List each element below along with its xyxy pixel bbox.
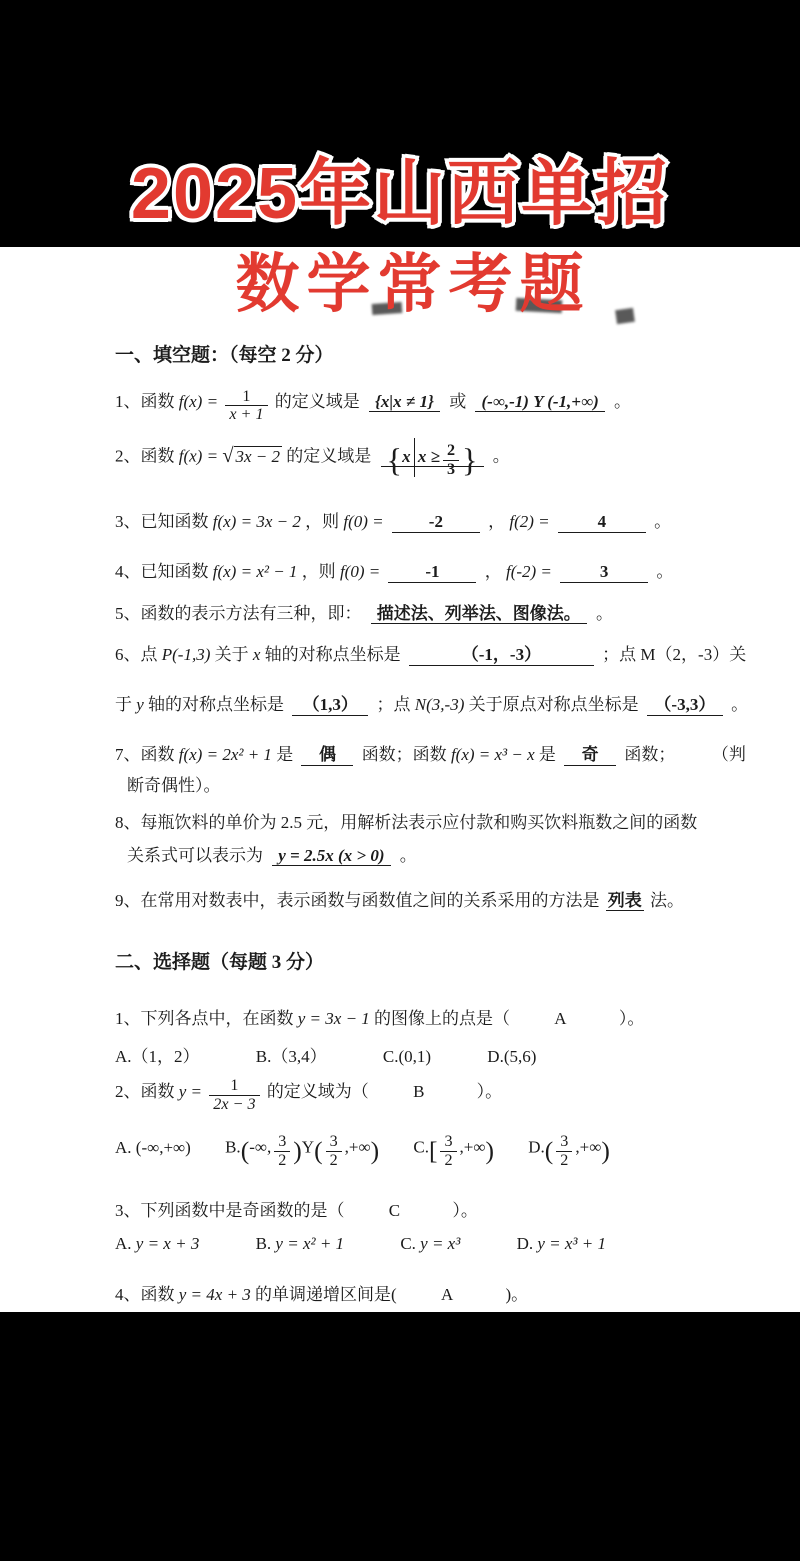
option-a: A. y = x + 3: [115, 1234, 199, 1254]
paren-close: ): [486, 1136, 495, 1165]
fraction-numerator: 3: [274, 1133, 290, 1152]
q-text: 1、下列各点中，在函数: [115, 1009, 294, 1028]
q-text: 。: [654, 512, 671, 531]
exam-paper: 数学常考题 一、填空题：（每空 2 分） 1、函数 f(x) = 1x + 1 …: [0, 247, 800, 1312]
math-expr: N(3,-3): [415, 695, 465, 714]
paren-close: ): [601, 1136, 610, 1165]
fraction-numerator: 1: [209, 1077, 259, 1096]
option-text: (-∞,+∞): [136, 1138, 191, 1157]
q-text: ，则: [305, 512, 339, 531]
answer-underlined: 描述法、列举法、图像法。: [371, 604, 587, 624]
fraction-denominator: 2: [440, 1152, 456, 1170]
paren-open: (: [545, 1136, 554, 1165]
choice-q3-stem: 3、下列函数中是奇函数的是（ C ）。: [115, 1196, 800, 1221]
brace-open: {: [387, 442, 403, 478]
option-label: A.: [115, 1234, 132, 1253]
answer-underlined: 列表: [606, 891, 644, 911]
option-text: y = x + 3: [136, 1234, 200, 1253]
math-expr: f(-2) =: [506, 562, 552, 581]
fraction-denominator: 2: [274, 1152, 290, 1170]
fill-q4: 4、已知函数 f(x) = x² − 1 ，则 f(0) = -1 ， f(-2…: [115, 557, 800, 583]
math-expr: y = 4x + 3: [179, 1285, 251, 1304]
q-text: 。: [731, 695, 748, 714]
option-d: D.(5,6): [487, 1047, 536, 1067]
q-text: 函数；函数: [362, 745, 447, 764]
q-text: 关系式可以表示为: [127, 846, 263, 865]
choice-q1-options: A.（1，2） B.（3,4） C.(0,1) D.(5,6): [115, 1042, 800, 1067]
fraction: 32: [274, 1133, 290, 1170]
answer-blank: （-3,3）: [647, 690, 723, 716]
q-text: 。: [614, 392, 631, 411]
q-text: ，: [488, 512, 505, 531]
answer-underlined: (-∞,-1) Y (-1,+∞): [475, 392, 604, 412]
q-text: 4、函数: [115, 1285, 175, 1304]
option-label: C.: [413, 1138, 429, 1157]
fraction-denominator: x + 1: [225, 406, 267, 424]
fraction-denominator: 2: [556, 1152, 572, 1170]
answer-blank: -1: [388, 562, 476, 583]
fill-q6-line2: 于 y 轴的对称点坐标是 （1,3） ；点 N(3,-3) 关于原点对称点坐标是…: [115, 690, 800, 716]
option-d: D. y = x³ + 1: [517, 1234, 606, 1254]
math-expr: f(x) =: [179, 447, 218, 466]
q-text: 3、下列函数中是奇函数的是（: [115, 1201, 345, 1220]
answer-blank: （1,3）: [292, 690, 368, 716]
math-expr: f(x) =: [179, 392, 218, 411]
fill-q6-line1: 6、点 P(-1,3) 关于 x 轴的对称点坐标是 （-1，-3） ；点 M（2…: [115, 640, 800, 666]
option-text: y = x² + 1: [275, 1234, 344, 1253]
option-b: B.(-∞,32)Y(32,+∞): [225, 1133, 379, 1170]
q-text: 于: [115, 695, 132, 714]
set-divider: [414, 438, 415, 477]
q-text: 2、函数: [115, 447, 175, 466]
fill-section-heading: 一、填空题：（每空 2 分）: [115, 340, 800, 367]
option-a: A.（1，2）: [115, 1042, 200, 1067]
q-text: ；点: [377, 695, 411, 714]
answer-blank: 3: [560, 562, 648, 583]
fraction-numerator: 3: [326, 1133, 342, 1152]
radicand: 3x − 2: [234, 446, 283, 466]
math-expr: y =: [179, 1082, 202, 1101]
brace-close: }: [462, 442, 478, 478]
q-text: 轴的对称点坐标是: [148, 695, 284, 714]
q-text: 。: [493, 447, 510, 466]
option-label: B.: [256, 1234, 272, 1253]
paren-close: ): [371, 1136, 380, 1165]
q-text: ，: [485, 562, 502, 581]
top-black-bar: 2025年山西单招: [0, 0, 800, 247]
q-text: （判: [712, 745, 746, 764]
q-text: ）。: [477, 1082, 503, 1101]
q-text: 的图像上的点是（: [374, 1009, 510, 1028]
answer-blank: 奇: [564, 740, 616, 766]
radical-sign: √: [222, 445, 233, 467]
option-text: ,+∞: [575, 1138, 601, 1157]
fraction: 32: [556, 1133, 572, 1170]
fill-q9: 9、在常用对数表中，表示函数与函数值之间的关系采用的方法是 列表 法。: [115, 886, 800, 911]
choice-q2-options: A. (-∞,+∞) B.(-∞,32)Y(32,+∞) C.[32,+∞) D…: [115, 1133, 800, 1170]
answer-blank: （-1，-3）: [409, 640, 594, 666]
option-b: B.（3,4）: [256, 1042, 327, 1067]
option-c: C. y = x³: [400, 1234, 460, 1254]
fraction-numerator: 3: [440, 1133, 456, 1152]
square-root: √3x − 2: [222, 447, 282, 466]
q-text: 2、函数: [115, 1082, 175, 1101]
q-text: 或: [449, 392, 466, 411]
option-label: D.: [528, 1138, 545, 1157]
fill-q8-line2: 关系式可以表示为 y = 2.5x (x > 0) 。: [127, 841, 800, 866]
option-b: B. y = x² + 1: [256, 1234, 344, 1254]
fraction-numerator: 2: [443, 442, 459, 461]
answer-letter: B: [413, 1082, 424, 1102]
q-text: 。: [400, 846, 417, 865]
option-text: y = x³: [420, 1234, 460, 1253]
answer-blank: 4: [558, 512, 646, 533]
poster-title-line1: 2025年山西单招: [0, 135, 800, 239]
option-label: D.: [517, 1234, 534, 1253]
q-text: ）。: [452, 1201, 478, 1220]
q-text: 7、函数: [115, 745, 175, 764]
set-var: x: [402, 447, 411, 466]
fill-q3: 3、已知函数 f(x) = 3x − 2 ，则 f(0) = -2 ， f(2)…: [115, 507, 800, 533]
option-label: B.: [225, 1138, 241, 1157]
math-expr: f(0) =: [340, 562, 380, 581]
choice-q4-stem: 4、函数 y = 4x + 3 的单调递增区间是( A )。: [115, 1280, 800, 1305]
q-text: 关于原点对称点坐标是: [469, 695, 639, 714]
math-expr: P(-1,3): [162, 645, 211, 664]
q-text: 法。: [650, 891, 684, 910]
answer-underlined: {xx ≥23}: [381, 447, 484, 467]
option-a: A. (-∞,+∞): [115, 1138, 191, 1158]
option-text: ,+∞: [345, 1138, 371, 1157]
fill-q8-line1: 8、每瓶饮料的单价为 2.5 元，用解析法表示应付款和购买饮料瓶数之间的函数: [115, 808, 800, 833]
q-text: 9、在常用对数表中，表示函数与函数值之间的关系采用的方法是: [115, 891, 600, 910]
answer-letter: A: [441, 1285, 453, 1305]
math-expr: f(0) =: [343, 512, 383, 531]
fraction-denominator: 2: [326, 1152, 342, 1170]
q-text: 关于: [215, 645, 249, 664]
union-symbol: Y: [302, 1138, 314, 1157]
q-text: 5、函数的表示方法有三种，即：: [115, 604, 362, 623]
q-text: ）。: [619, 1009, 645, 1028]
math-expr: y = 3x − 1: [298, 1009, 370, 1028]
math-expr: y: [136, 695, 144, 714]
q-text: 的单调递增区间是(: [255, 1285, 397, 1304]
choice-q3-options: A. y = x + 3 B. y = x² + 1 C. y = x³ D. …: [115, 1234, 800, 1254]
answer-letter: A: [554, 1009, 566, 1029]
math-expr: f(x) = x² − 1: [213, 562, 298, 581]
paren-open: (: [241, 1136, 250, 1165]
fraction-denominator: 3: [443, 461, 459, 479]
answer-underlined: {x|x ≠ 1}: [369, 392, 440, 412]
paren-open: (: [314, 1136, 323, 1165]
q-text: 。: [656, 562, 673, 581]
q-text: 3、已知函数: [115, 512, 209, 531]
choice-section-heading: 二、选择题（每题 3 分）: [115, 947, 800, 974]
option-text: ,+∞: [460, 1138, 486, 1157]
q-text: 函数；: [624, 745, 675, 764]
fill-q5: 5、函数的表示方法有三种，即： 描述法、列举法、图像法。 。: [115, 599, 800, 624]
fill-q7-line1: 7、函数 f(x) = 2x² + 1 是 偶 函数；函数 f(x) = x³ …: [115, 740, 800, 766]
option-c: C.[32,+∞): [413, 1133, 494, 1170]
option-label: A.: [115, 1138, 132, 1157]
answer-blank: 偶: [301, 740, 353, 766]
poster-title-line2: 数学常考题: [0, 251, 800, 318]
fill-q2: 2、函数 f(x) = √3x − 2 的定义域是 {xx ≥23} 。: [115, 438, 800, 478]
q-text: 4、已知函数: [115, 562, 209, 581]
q-text: 的定义域为（: [267, 1082, 369, 1101]
set-condition: x ≥: [418, 447, 440, 466]
q-text: 是: [539, 745, 556, 764]
choice-q1-stem: 1、下列各点中，在函数 y = 3x − 1 的图像上的点是（ A ）。: [115, 1004, 800, 1029]
q-text: 是: [276, 745, 293, 764]
q-text: )。: [506, 1285, 529, 1304]
bracket-open: [: [429, 1136, 438, 1165]
fraction: 12x − 3: [209, 1077, 259, 1114]
choice-q2-stem: 2、函数 y = 12x − 3 的定义域为（ B ）。: [115, 1077, 800, 1114]
q-text: 的定义域是: [275, 392, 360, 411]
fill-q7-line2: 断奇偶性）。: [127, 771, 800, 796]
option-d: D.(32,+∞): [528, 1133, 610, 1170]
fraction-denominator: 2x − 3: [209, 1096, 259, 1114]
option-c: C.(0,1): [383, 1047, 431, 1067]
math-expr: x: [253, 645, 261, 664]
option-label: C.: [400, 1234, 416, 1253]
fraction: 32: [440, 1133, 456, 1170]
fraction-numerator: 3: [556, 1133, 572, 1152]
math-expr: f(x) = x³ − x: [451, 745, 535, 764]
fraction-numerator: 1: [225, 388, 267, 407]
q-text: 的定义域是: [286, 447, 371, 466]
answer-underlined: y = 2.5x (x > 0): [272, 846, 390, 866]
answer-blank: -2: [392, 512, 480, 533]
q-text: ，则: [302, 562, 336, 581]
fraction: 23: [443, 442, 459, 479]
paren-close: ): [293, 1136, 302, 1165]
option-text: -∞,: [249, 1138, 271, 1157]
option-text: y = x³ + 1: [537, 1234, 606, 1253]
fill-q1: 1、函数 f(x) = 1x + 1 的定义域是 {x|x ≠ 1} 或 (-∞…: [115, 387, 800, 424]
q-text: 。: [596, 604, 613, 623]
answer-letter: C: [389, 1201, 400, 1221]
q-text: ；点 M（2，-3）关: [602, 645, 746, 664]
q-text: 轴的对称点坐标是: [265, 645, 401, 664]
fraction: 32: [326, 1133, 342, 1170]
bottom-black-bar: [0, 1312, 800, 1561]
q-text: 6、点: [115, 645, 158, 664]
math-expr: f(x) = 2x² + 1: [179, 745, 272, 764]
math-expr: f(x) = 3x − 2: [213, 512, 301, 531]
q-text: 1、函数: [115, 392, 175, 411]
math-expr: f(2) =: [509, 512, 549, 531]
fraction: 1x + 1: [225, 388, 267, 425]
